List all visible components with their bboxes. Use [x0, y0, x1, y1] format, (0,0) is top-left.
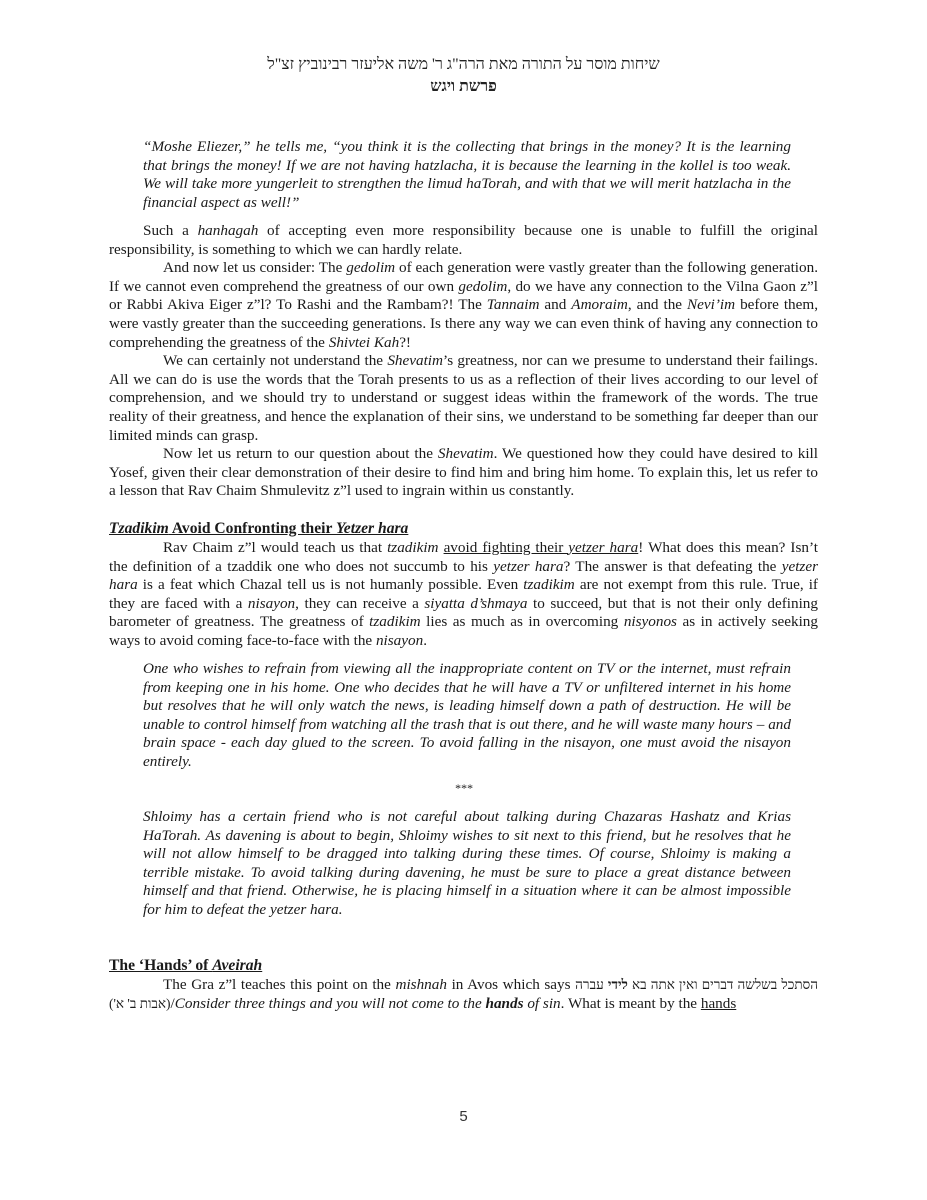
- block-quote-hatzlacha: “Moshe Eliezer,” he tells me, “you think…: [143, 138, 791, 212]
- paragraph-avoid-fighting: Rav Chaim z”l would teach us that tzadik…: [109, 539, 818, 651]
- section-separator: ***: [0, 781, 927, 796]
- quote-text: One who wishes to refrain from viewing a…: [143, 660, 791, 772]
- body-text-section-1: Such a hanhagah of accepting even more r…: [109, 222, 818, 501]
- quote-text: “Moshe Eliezer,” he tells me, “you think…: [143, 138, 791, 212]
- running-header-title: שיחות מוסר על התורה מאת הרה"ג ר' משה אלי…: [0, 56, 927, 74]
- paragraph-hanhagah: Such a hanhagah of accepting even more r…: [109, 222, 818, 259]
- running-header-parsha: פרשת ויגש: [0, 78, 927, 96]
- paragraph-return-question: Now let us return to our question about …: [109, 445, 818, 501]
- body-text-section-3: The Gra z”l teaches this point on the mi…: [109, 976, 818, 1013]
- block-quote-shloimy-example: Shloimy has a certain friend who is not …: [143, 808, 791, 920]
- block-quote-tv-example: One who wishes to refrain from viewing a…: [143, 660, 791, 772]
- section-heading-tzadikim: Tzadikim Avoid Confronting their Yetzer …: [109, 520, 408, 538]
- page-number: 5: [0, 1108, 927, 1125]
- body-text-section-2: Rav Chaim z”l would teach us that tzadik…: [109, 539, 818, 651]
- paragraph-gra-mishnah: The Gra z”l teaches this point on the mi…: [109, 976, 818, 1013]
- paragraph-shevatim-greatness: We can certainly not understand the Shev…: [109, 352, 818, 445]
- quote-text: Shloimy has a certain friend who is not …: [143, 808, 791, 920]
- section-heading-hands-of-aveirah: The ‘Hands’ of Aveirah: [109, 957, 262, 975]
- document-page: שיחות מוסר על התורה מאת הרה"ג ר' משה אלי…: [0, 0, 927, 1200]
- paragraph-gedolim: And now let us consider: The gedolim of …: [109, 259, 818, 352]
